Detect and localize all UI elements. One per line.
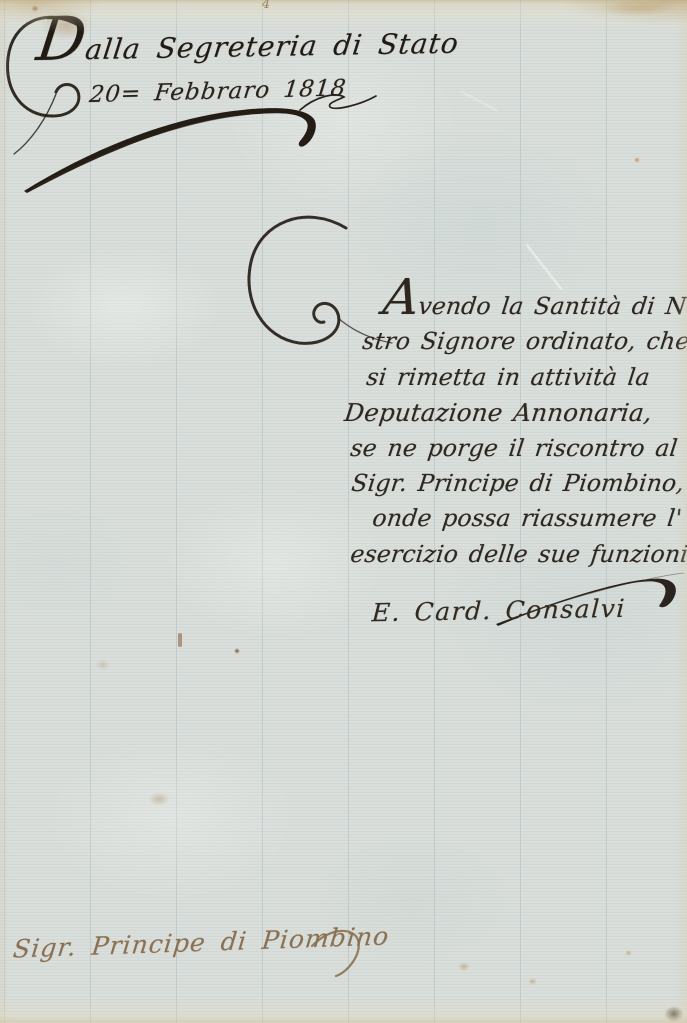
foxing-spot [664, 1006, 684, 1022]
header-origin-line: Dalla Segreteria di Stato [34, 27, 461, 67]
body-line: esercizio delle sue funzioni. [338, 540, 687, 575]
foxing-spot [178, 633, 182, 647]
foxing-spot [528, 978, 537, 985]
foxing-spot [96, 660, 110, 670]
paper-crease [460, 90, 498, 111]
header-date-line: 20= Febbraro 1818 [88, 75, 348, 108]
foxing-spot [458, 962, 470, 971]
body-line: onde possa riassumere l' [338, 504, 687, 539]
letter-body: Avendo la Santità di No- stro Signore or… [338, 292, 687, 575]
foxing-spot [234, 648, 240, 654]
folio-number-mark: 4 [262, 0, 270, 12]
foxing-spot [634, 157, 640, 163]
paper-crease [525, 244, 562, 291]
body-line: Avendo la Santità di No- [338, 292, 687, 327]
manuscript-page: 4 Dalla Segreteria di Stato 20= Febbraro… [0, 0, 687, 1023]
footer-address: Sigr. Principe di Piombino [12, 921, 391, 963]
body-line: Sigr. Principe di Piombino, [338, 469, 687, 504]
foxing-spot [625, 950, 632, 956]
body-line: stro Signore ordinato, che [338, 327, 687, 362]
underline-flourish [20, 98, 342, 194]
foxing-spot [148, 792, 170, 806]
body-line: si rimetta in attività la [338, 363, 687, 398]
signature: E. Card. Consalvi [371, 594, 626, 627]
foxing-spot [598, 0, 678, 16]
body-line: Deputazione Annonaria, [338, 398, 687, 433]
foxing-spot [31, 5, 39, 12]
body-line: se ne porge il riscontro al [338, 434, 687, 469]
